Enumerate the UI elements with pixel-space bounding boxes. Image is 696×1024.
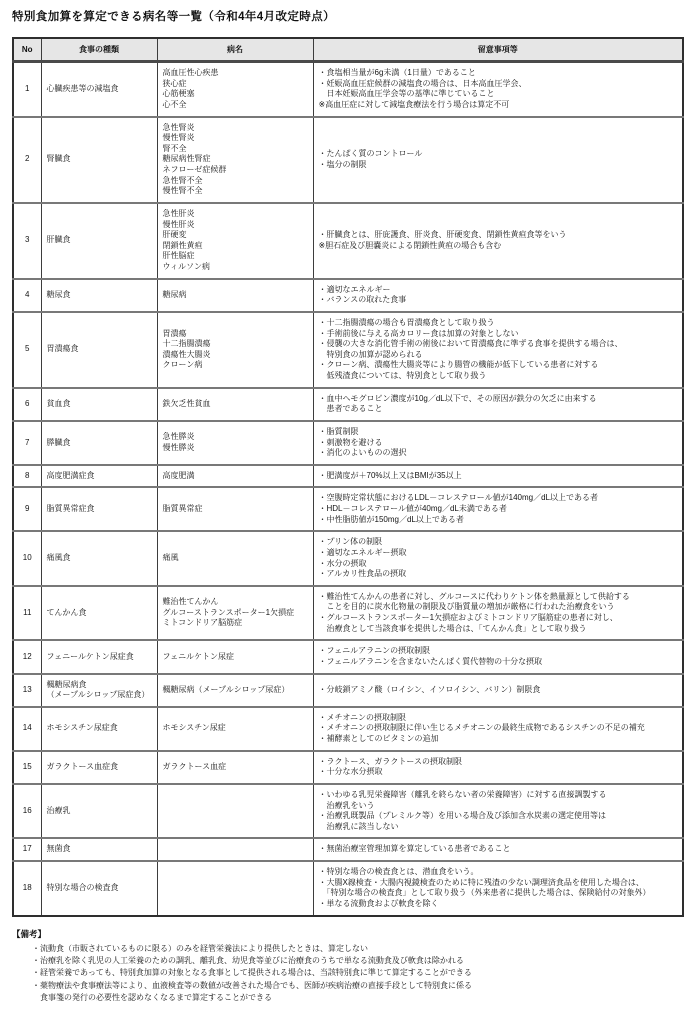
cell-no: 4 — [13, 279, 41, 312]
cell-notes: ・フェニルアラニンの摂取制限 ・フェニルアラニンを含まないたんぱく質代替物の十分… — [313, 640, 683, 673]
cell-notes: ・適切なエネルギー ・バランスの取れた食事 — [313, 279, 683, 312]
cell-disease-names: 糖尿病 — [157, 279, 313, 312]
cell-meal-type: 貧血食 — [41, 388, 157, 421]
cell-disease-names: 急性膵炎 慢性膵炎 — [157, 421, 313, 465]
cell-meal-type: 痛風食 — [41, 531, 157, 586]
cell-meal-type: ガラクトース血症食 — [41, 751, 157, 784]
cell-no: 14 — [13, 707, 41, 751]
column-header-disease-name: 病名 — [157, 38, 313, 62]
table-row: 4糖尿食糖尿病・適切なエネルギー ・バランスの取れた食事 — [13, 279, 683, 312]
cell-no: 6 — [13, 388, 41, 421]
special-diet-table: No 食事の種類 病名 留意事項等 1心臓疾患等の減塩食高血圧性心疾患 狭心症 … — [12, 37, 684, 917]
cell-disease-names: ガラクトース血症 — [157, 751, 313, 784]
table-row: 11てんかん食難治性てんかん グルコーストランスポーター1欠損症 ミトコンドリア… — [13, 586, 683, 641]
cell-meal-type: 肝臓食 — [41, 203, 157, 279]
cell-meal-type: 心臓疾患等の減塩食 — [41, 62, 157, 117]
remarks-item: ・流動食（市販されているものに限る）のみを経管栄養法により提供したときは、算定し… — [32, 943, 684, 955]
cell-notes: ・肥満度が＋70%以上又はBMIが35以上 — [313, 465, 683, 488]
cell-disease-names — [157, 784, 313, 839]
table-header: No 食事の種類 病名 留意事項等 — [13, 38, 683, 62]
table-row: 16治療乳・いわゆる乳児栄養障害（離乳を終らない者の栄養障害）に対する直接調製す… — [13, 784, 683, 839]
remarks-item: ・薬物療法や食事療法等により、血液検査等の数値が改善された場合でも、医師が疾病治… — [32, 980, 684, 1005]
cell-no: 9 — [13, 487, 41, 531]
table-row: 3肝臓食急性肝炎 慢性肝炎 肝硬変 閉鎖性黄疸 肝性脳症 ウィルソン病・肝臓食と… — [13, 203, 683, 279]
cell-meal-type: 無菌食 — [41, 838, 157, 861]
cell-no: 16 — [13, 784, 41, 839]
cell-notes: ・空腹時定常状態におけるLDL－コレステロール値が140mg／dL以上である者 … — [313, 487, 683, 531]
cell-notes: ・無菌治療室管理加算を算定している患者であること — [313, 838, 683, 861]
cell-meal-type: 特別な場合の検査食 — [41, 861, 157, 916]
table-row: 2腎臓食急性腎炎 慢性腎炎 腎不全 糖尿病性腎症 ネフローゼ症候群 急性腎不全 … — [13, 117, 683, 203]
cell-disease-names: 脂質異常症 — [157, 487, 313, 531]
table-row: 15ガラクトース血症食ガラクトース血症・ラクトース、ガラクトースの摂取制限 ・十… — [13, 751, 683, 784]
cell-disease-names: フェニルケトン尿症 — [157, 640, 313, 673]
table-row: 9脂質異常症食脂質異常症・空腹時定常状態におけるLDL－コレステロール値が140… — [13, 487, 683, 531]
cell-notes: ・難治性てんかんの患者に対し、グルコースに代わりケトン体を熱量源として供給する … — [313, 586, 683, 641]
table-row: 10痛風食痛風・プリン体の制限 ・適切なエネルギー摂取 ・水分の摂取 ・アルカリ… — [13, 531, 683, 586]
cell-no: 11 — [13, 586, 41, 641]
cell-meal-type: 膵臓食 — [41, 421, 157, 465]
cell-notes: ・ラクトース、ガラクトースの摂取制限 ・十分な水分摂取 — [313, 751, 683, 784]
table-row: 1心臓疾患等の減塩食高血圧性心疾患 狭心症 心筋梗塞 心不全・食塩相当量が6g未… — [13, 62, 683, 117]
cell-disease-names: 痛風 — [157, 531, 313, 586]
table-body: 1心臓疾患等の減塩食高血圧性心疾患 狭心症 心筋梗塞 心不全・食塩相当量が6g未… — [13, 62, 683, 916]
remarks-list: ・流動食（市販されているものに限る）のみを経管栄養法により提供したときは、算定し… — [12, 943, 684, 1005]
cell-notes: ・分岐鎖アミノ酸（ロイシン、イソロイシン、バリン）制限食 — [313, 674, 683, 707]
cell-disease-names: 急性腎炎 慢性腎炎 腎不全 糖尿病性腎症 ネフローゼ症候群 急性腎不全 慢性腎不… — [157, 117, 313, 203]
table-row: 6貧血食鉄欠乏性貧血・血中ヘモグロビン濃度が10g／dL以下で、その原因が鉄分の… — [13, 388, 683, 421]
table-row: 12フェニールケトン尿症食フェニルケトン尿症・フェニルアラニンの摂取制限 ・フェ… — [13, 640, 683, 673]
cell-no: 3 — [13, 203, 41, 279]
cell-disease-names: 高血圧性心疾患 狭心症 心筋梗塞 心不全 — [157, 62, 313, 117]
cell-disease-names: ホモシスチン尿症 — [157, 707, 313, 751]
page-title: 特別食加算を算定できる病名等一覧（令和4年4月改定時点） — [12, 8, 684, 24]
cell-disease-names: 難治性てんかん グルコーストランスポーター1欠損症 ミトコンドリア脳筋症 — [157, 586, 313, 641]
column-header-no: No — [13, 38, 41, 62]
cell-meal-type: 治療乳 — [41, 784, 157, 839]
remarks-section: 【備考】 ・流動食（市販されているものに限る）のみを経管栄養法により提供したとき… — [12, 928, 684, 1005]
cell-no: 5 — [13, 312, 41, 388]
cell-no: 15 — [13, 751, 41, 784]
cell-notes: ・肝臓食とは、肝庇護食、肝炎食、肝硬変食、閉鎖性黄疸食等をいう ※胆石症及び胆嚢… — [313, 203, 683, 279]
cell-disease-names — [157, 838, 313, 861]
cell-notes: ・食塩相当量が6g未満（1日量）であること ・妊娠高血圧症候群の減塩食の場合は、… — [313, 62, 683, 117]
cell-disease-names: 高度肥満 — [157, 465, 313, 488]
table-row: 5胃潰瘍食胃潰瘍 十二指腸潰瘍 潰瘍性大腸炎 クローン病・十二指腸潰瘍の場合も胃… — [13, 312, 683, 388]
table-row: 8高度肥満症食高度肥満・肥満度が＋70%以上又はBMIが35以上 — [13, 465, 683, 488]
table-row: 18特別な場合の検査食・特別な場合の検査食とは、潜血食をいう。 ・大腸X線検査・… — [13, 861, 683, 916]
cell-no: 2 — [13, 117, 41, 203]
cell-meal-type: フェニールケトン尿症食 — [41, 640, 157, 673]
cell-meal-type: 楓糖尿病食 （メープルシロップ尿症食） — [41, 674, 157, 707]
cell-notes: ・十二指腸潰瘍の場合も胃潰瘍食として取り扱う ・手術前後に与える高カロリー食は加… — [313, 312, 683, 388]
table-row: 13楓糖尿病食 （メープルシロップ尿症食）楓糖尿病（メープルシロップ尿症）・分岐… — [13, 674, 683, 707]
cell-meal-type: てんかん食 — [41, 586, 157, 641]
column-header-meal-type: 食事の種類 — [41, 38, 157, 62]
cell-disease-names: 胃潰瘍 十二指腸潰瘍 潰瘍性大腸炎 クローン病 — [157, 312, 313, 388]
table-header-row: No 食事の種類 病名 留意事項等 — [13, 38, 683, 62]
cell-no: 10 — [13, 531, 41, 586]
remarks-heading: 【備考】 — [12, 928, 684, 940]
cell-disease-names: 急性肝炎 慢性肝炎 肝硬変 閉鎖性黄疸 肝性脳症 ウィルソン病 — [157, 203, 313, 279]
cell-meal-type: 脂質異常症食 — [41, 487, 157, 531]
cell-notes: ・特別な場合の検査食とは、潜血食をいう。 ・大腸X線検査・大腸内視鏡検査のために… — [313, 861, 683, 916]
cell-notes: ・たんぱく質のコントロール ・塩分の制限 — [313, 117, 683, 203]
cell-no: 12 — [13, 640, 41, 673]
document-page: 特別食加算を算定できる病名等一覧（令和4年4月改定時点） No 食事の種類 病名… — [0, 0, 696, 1024]
cell-meal-type: ホモシスチン尿症食 — [41, 707, 157, 751]
cell-no: 8 — [13, 465, 41, 488]
cell-meal-type: 糖尿食 — [41, 279, 157, 312]
cell-disease-names: 鉄欠乏性貧血 — [157, 388, 313, 421]
table-row: 14ホモシスチン尿症食ホモシスチン尿症・メチオニンの摂取制限 ・メチオニンの摂取… — [13, 707, 683, 751]
remarks-item: ・経管栄養であっても、特別食加算の対象となる食事として提供される場合は、当該特別… — [32, 967, 684, 979]
cell-notes: ・いわゆる乳児栄養障害（離乳を終らない者の栄養障害）に対する直接調製する 治療乳… — [313, 784, 683, 839]
cell-meal-type: 胃潰瘍食 — [41, 312, 157, 388]
cell-no: 7 — [13, 421, 41, 465]
cell-no: 13 — [13, 674, 41, 707]
cell-no: 17 — [13, 838, 41, 861]
column-header-notes: 留意事項等 — [313, 38, 683, 62]
cell-meal-type: 腎臓食 — [41, 117, 157, 203]
cell-meal-type: 高度肥満症食 — [41, 465, 157, 488]
remarks-item: ・治療乳を除く乳児の人工栄養のための調乳、離乳食、幼児食等並びに治療食のうちで単… — [32, 955, 684, 967]
table-row: 7膵臓食急性膵炎 慢性膵炎・脂質制限 ・刺激物を避ける ・消化のよいものの選択 — [13, 421, 683, 465]
cell-notes: ・血中ヘモグロビン濃度が10g／dL以下で、その原因が鉄分の欠乏に由来する 患者… — [313, 388, 683, 421]
cell-disease-names — [157, 861, 313, 916]
cell-notes: ・メチオニンの摂取制限 ・メチオニンの摂取制限に伴い生じるメチオニンの最終生成物… — [313, 707, 683, 751]
cell-notes: ・脂質制限 ・刺激物を避ける ・消化のよいものの選択 — [313, 421, 683, 465]
cell-disease-names: 楓糖尿病（メープルシロップ尿症） — [157, 674, 313, 707]
cell-notes: ・プリン体の制限 ・適切なエネルギー摂取 ・水分の摂取 ・アルカリ性食品の摂取 — [313, 531, 683, 586]
cell-no: 18 — [13, 861, 41, 916]
cell-no: 1 — [13, 62, 41, 117]
table-row: 17無菌食・無菌治療室管理加算を算定している患者であること — [13, 838, 683, 861]
